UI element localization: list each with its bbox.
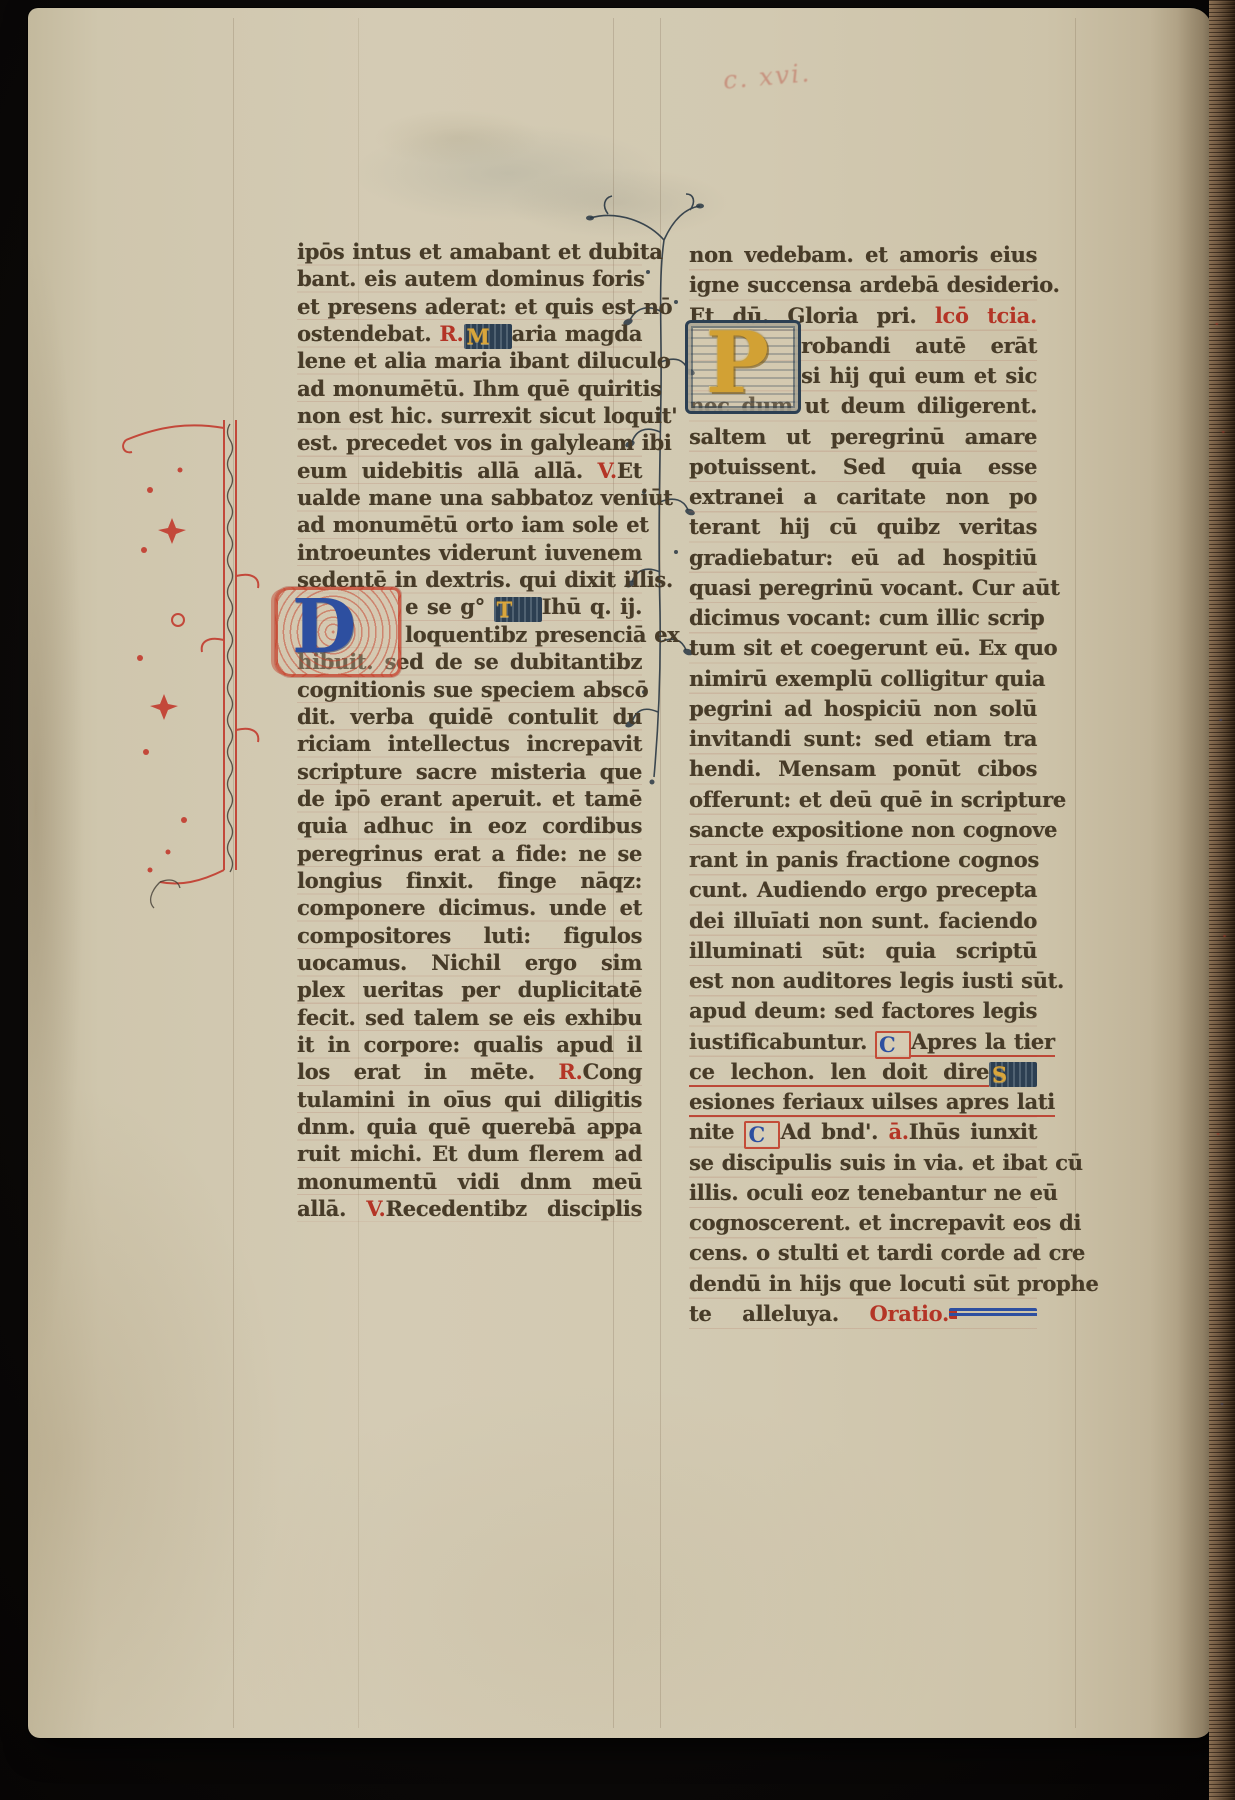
body-text: sancte expositione non cognove (689, 817, 1057, 842)
body-text: allā. (297, 1196, 366, 1221)
body-text: loquentibz presenciā ex (405, 622, 679, 647)
blue-initial: C (744, 1121, 780, 1149)
body-text: quasi peregrinū vocant. Cur aūt (689, 575, 1060, 600)
text-line: scripture sacre misteria que (297, 758, 642, 785)
text-line: illuminati sūt: quia scriptū (689, 936, 1037, 966)
body-text: nite (689, 1119, 744, 1144)
body-text: tum sit et coegerunt eū. Ex quo (689, 635, 1057, 660)
text-line: extranei a caritate non po (689, 482, 1037, 512)
text-line: dit. verba quidē contulit du (297, 703, 642, 730)
body-text: tulamini in oīus qui diligitis (297, 1087, 642, 1112)
body-text: dendū in hijs que locuti sūt prophe (689, 1271, 1098, 1296)
text-line: peregrinus erat a fide: ne se (297, 840, 642, 867)
body-text: cunt. Audiendo ergo precepta (689, 877, 1037, 902)
body-text: dicimus vocant: cum illic scrip (689, 605, 1044, 630)
text-line: bant. eis autem dominus foris (297, 265, 642, 292)
body-text: gradiebatur: eū ad hospitiū (689, 545, 1037, 570)
rubric-text: V. (366, 1196, 385, 1221)
text-line: se discipulis suis in via. et ibat cū (689, 1148, 1037, 1178)
text-line: quasi peregrinū vocant. Cur aūt (689, 573, 1037, 603)
text-line: pegrini ad hospiciū non solū (689, 694, 1037, 724)
body-text: apud deum: sed factores legis (689, 998, 1037, 1023)
text-line: gradiebatur: eū ad hospitiū (689, 543, 1037, 573)
rubric-text: R. (439, 321, 463, 346)
body-text: quia adhuc in eoz cordibus (297, 813, 642, 838)
body-text: iustificabuntur. (689, 1029, 875, 1054)
body-text: bant. eis autem dominus foris (297, 266, 645, 291)
body-text: illuminati sūt: quia scriptū (689, 938, 1037, 963)
text-line: allā. V.Recedentibz disciplis (297, 1195, 642, 1222)
body-text: e se g° (405, 594, 494, 619)
body-text: dnm. quia quē querebā appa (297, 1114, 642, 1139)
text-line: non est hic. surrexit sicut loquit' (297, 402, 642, 429)
body-text: robandi autē erāt (801, 333, 1037, 358)
text-line: non vedebam. et amoris eius (689, 240, 1037, 270)
rubric-text: R. (558, 1059, 582, 1084)
text-line: cunt. Audiendo ergo precepta (689, 875, 1037, 905)
gold-initial: S (989, 1062, 1037, 1087)
body-text: ualde mane una sabbatoz veniūt (297, 485, 673, 510)
body-text: peregrinus erat a fide: ne se (297, 841, 642, 866)
text-line: compositores luti: figulos (297, 922, 642, 949)
text-line: potuissent. Sed quia esse (689, 452, 1037, 482)
text-line: introeuntes viderunt iuvenem (297, 539, 642, 566)
body-text: invitandi sunt: sed etiam tra (689, 726, 1037, 751)
body-text: monumentū vidi dnm meū (297, 1169, 642, 1194)
body-text: saltem ut peregrinū amare (689, 424, 1037, 449)
text-line: it in corpore: qualis apud il (297, 1031, 642, 1058)
text-line: est non auditores legis iusti sūt. (689, 966, 1037, 996)
body-text: cognitionis sue speciem abscō (297, 677, 648, 702)
text-line: saltem ut peregrinū amare (689, 422, 1037, 452)
body-text: rant in panis fractione cognos (689, 847, 1039, 872)
body-text: est non auditores legis iusti sūt. (689, 968, 1064, 993)
body-text: lene et alia maria ibant diluculo (297, 348, 671, 373)
text-line: dnm. quia quē querebā appa (297, 1113, 642, 1140)
text-line: cens. o stulti et tardi corde ad cre (689, 1238, 1037, 1268)
body-text: eum uidebitis allā allā. (297, 458, 598, 483)
text-line: igne succensa ardebā desiderio. (689, 270, 1037, 300)
ruling-line-vertical (233, 18, 234, 1728)
text-line: longius finxit. finge nāqz: (297, 867, 642, 894)
text-line: monumentū vidi dnm meū (297, 1168, 642, 1195)
text-line: illis. oculi eoz tenebantur ne eū (689, 1178, 1037, 1208)
body-text: Recedentibz disciplis (386, 1196, 642, 1221)
body-text: non est hic. surrexit sicut loquit' (297, 403, 677, 428)
body-text: ruit michi. Et dum flerem ad (297, 1141, 642, 1166)
body-text: it in corpore: qualis apud il (297, 1032, 642, 1057)
text-line: rant in panis fractione cognos (689, 845, 1037, 875)
body-text: potuissent. Sed quia esse (689, 454, 1037, 479)
text-line: eum uidebitis allā allā. V.Et (297, 457, 642, 484)
body-text: fecit. sed talem se eis exhibu (297, 1005, 642, 1030)
body-text: dit. verba quidē contulit du (297, 704, 642, 729)
text-line: quia adhuc in eoz cordibus (297, 812, 642, 839)
body-text: et presens aderat: et quis est nō (297, 294, 672, 319)
body-text: terant hij cū quibz veritas (689, 514, 1037, 539)
body-text: aria magda (512, 321, 643, 346)
text-line: riciam intellectus increpavit (297, 730, 642, 757)
body-text: riciam intellectus increpavit (297, 731, 642, 756)
body-text: longius finxit. finge nāqz: (297, 868, 642, 893)
text-line: nite CAd bnd'. ā.Ihūs iunxit (689, 1117, 1037, 1147)
text-line: los erat in mēte. R.Cong (297, 1058, 642, 1085)
rubric-text: lcō tcia. (935, 303, 1037, 328)
text-line: apud deum: sed factores legis (689, 996, 1037, 1026)
text-line: ipōs intus et amabant et dubita (297, 238, 642, 265)
text-line: sancte expositione non cognove (689, 815, 1037, 845)
text-line: iustificabuntur. CApres la tier (689, 1027, 1037, 1057)
gold-initial: M (464, 324, 512, 349)
text-line: ostendebat. R.Maria magda (297, 320, 642, 347)
body-text: igne succensa ardebā desiderio. (689, 272, 1060, 297)
body-text: ad monumētū orto iam sole et (297, 512, 649, 537)
underlined-rubric-note: ce lechon. len doit dire (689, 1059, 989, 1087)
text-line: ualde mane una sabbatoz veniūt (297, 484, 642, 511)
text-line: terant hij cū quibz veritas (689, 512, 1037, 542)
body-text: de ipō erant aperuit. et tamē (297, 786, 642, 811)
text-line: ad monumētū. Ihm quē quiritis (297, 375, 642, 402)
gold-initial: T (494, 597, 542, 622)
text-line: dendū in hijs que locuti sūt prophe (689, 1269, 1037, 1299)
text-line: et presens aderat: et quis est nō (297, 293, 642, 320)
illuminated-initial-P: P (685, 320, 801, 414)
page-right-edge-shadow (1150, 8, 1212, 1738)
body-text: Ihū q. ij. (542, 594, 642, 619)
rubric-text: ā. (888, 1119, 908, 1144)
blue-initial: C (875, 1031, 911, 1059)
underlined-rubric-note: esiones feriaux uilses apres lati (689, 1089, 1055, 1117)
text-line: invitandi sunt: sed etiam tra (689, 724, 1037, 754)
body-text: se discipulis suis in via. et ibat cū (689, 1150, 1083, 1175)
text-line: nimirū exemplū colligitur quia (689, 664, 1037, 694)
body-text: non vedebam. et amoris eius (689, 242, 1037, 267)
text-line: lene et alia maria ibant diluculo (297, 347, 642, 374)
body-text: offerunt: et deū quē in scripture (689, 787, 1066, 812)
text-line: componere dicimus. unde et (297, 894, 642, 921)
body-text: si hij qui eum et sic (801, 363, 1037, 388)
illuminated-initial-D: D (275, 587, 401, 677)
text-column-right: P non vedebam. et amoris eiusigne succen… (689, 240, 1037, 1329)
text-line: esiones feriaux uilses apres lati (689, 1087, 1037, 1117)
body-text: cens. o stulti et tardi corde ad cre (689, 1240, 1085, 1265)
text-line: uocamus. Nichil ergo sim (297, 949, 642, 976)
body-text: Cong (583, 1059, 642, 1084)
body-text: hendi. Mensam ponūt cibos (689, 756, 1037, 781)
text-line: offerunt: et deū quē in scripture (689, 785, 1037, 815)
text-line: fecit. sed talem se eis exhibu (297, 1004, 642, 1031)
body-text: Ad bnd'. (780, 1119, 888, 1144)
text-line: ce lechon. len doit direS (689, 1057, 1037, 1087)
body-text: te alleluya. (689, 1301, 870, 1326)
text-line: hendi. Mensam ponūt cibos (689, 754, 1037, 784)
body-text: dei illuīati non sunt. faciendo (689, 908, 1037, 933)
text-line: te alleluya. Oratio. (689, 1299, 1037, 1329)
body-text: componere dicimus. unde et (297, 895, 642, 920)
body-text: compositores luti: figulos (297, 923, 642, 948)
text-line: cognoscerent. et increpavit eos di (689, 1208, 1037, 1238)
body-text: plex ueritas per duplicitatē (297, 977, 642, 1002)
body-text: los erat in mēte. (297, 1059, 558, 1084)
text-line: ruit michi. Et dum flerem ad (297, 1140, 642, 1167)
rubric-text: Oratio. (870, 1301, 950, 1326)
body-text: ostendebat. (297, 321, 439, 346)
text-line: ad monumētū orto iam sole et (297, 511, 642, 538)
body-text: extranei a caritate non po (689, 484, 1037, 509)
body-text: pegrini ad hospiciū non solū (689, 696, 1037, 721)
text-line: est. precedet vos in galyleam ibi (297, 429, 642, 456)
body-text: scripture sacre misteria que (297, 759, 642, 784)
text-column-left: D ipōs intus et amabant et dubitabant. e… (297, 238, 642, 1222)
body-text: nimirū exemplū colligitur quia (689, 666, 1045, 691)
ruling-line-vertical (660, 18, 661, 1728)
ruling-line-vertical (1075, 18, 1076, 1728)
body-text: introeuntes viderunt iuvenem (297, 540, 642, 565)
body-text: ad monumētū. Ihm quē quiritis (297, 376, 662, 401)
text-line: dicimus vocant: cum illic scrip (689, 603, 1037, 633)
text-line: dei illuīati non sunt. faciendo (689, 906, 1037, 936)
manuscript-photo: c. xvi. (0, 0, 1235, 1800)
body-text: ipōs intus et amabant et dubita (297, 239, 663, 264)
book-fore-edge (1209, 0, 1235, 1800)
body-text: uocamus. Nichil ergo sim (297, 950, 642, 975)
line-filler (949, 1308, 1037, 1319)
text-line: plex ueritas per duplicitatē (297, 976, 642, 1003)
text-line: cognitionis sue speciem abscō (297, 676, 642, 703)
text-line: tulamini in oīus qui diligitis (297, 1086, 642, 1113)
body-text: Et (617, 458, 642, 483)
body-text: Ihūs iunxit (909, 1119, 1037, 1144)
body-text: cognoscerent. et increpavit eos di (689, 1210, 1081, 1235)
text-line: de ipō erant aperuit. et tamē (297, 785, 642, 812)
rubric-text: V. (598, 458, 617, 483)
text-line: tum sit et coegerunt eū. Ex quo (689, 633, 1037, 663)
body-text: est. precedet vos in galyleam ibi (297, 430, 671, 455)
underlined-rubric-note: Apres la tier (911, 1029, 1055, 1057)
body-text: illis. oculi eoz tenebantur ne eū (689, 1180, 1058, 1205)
